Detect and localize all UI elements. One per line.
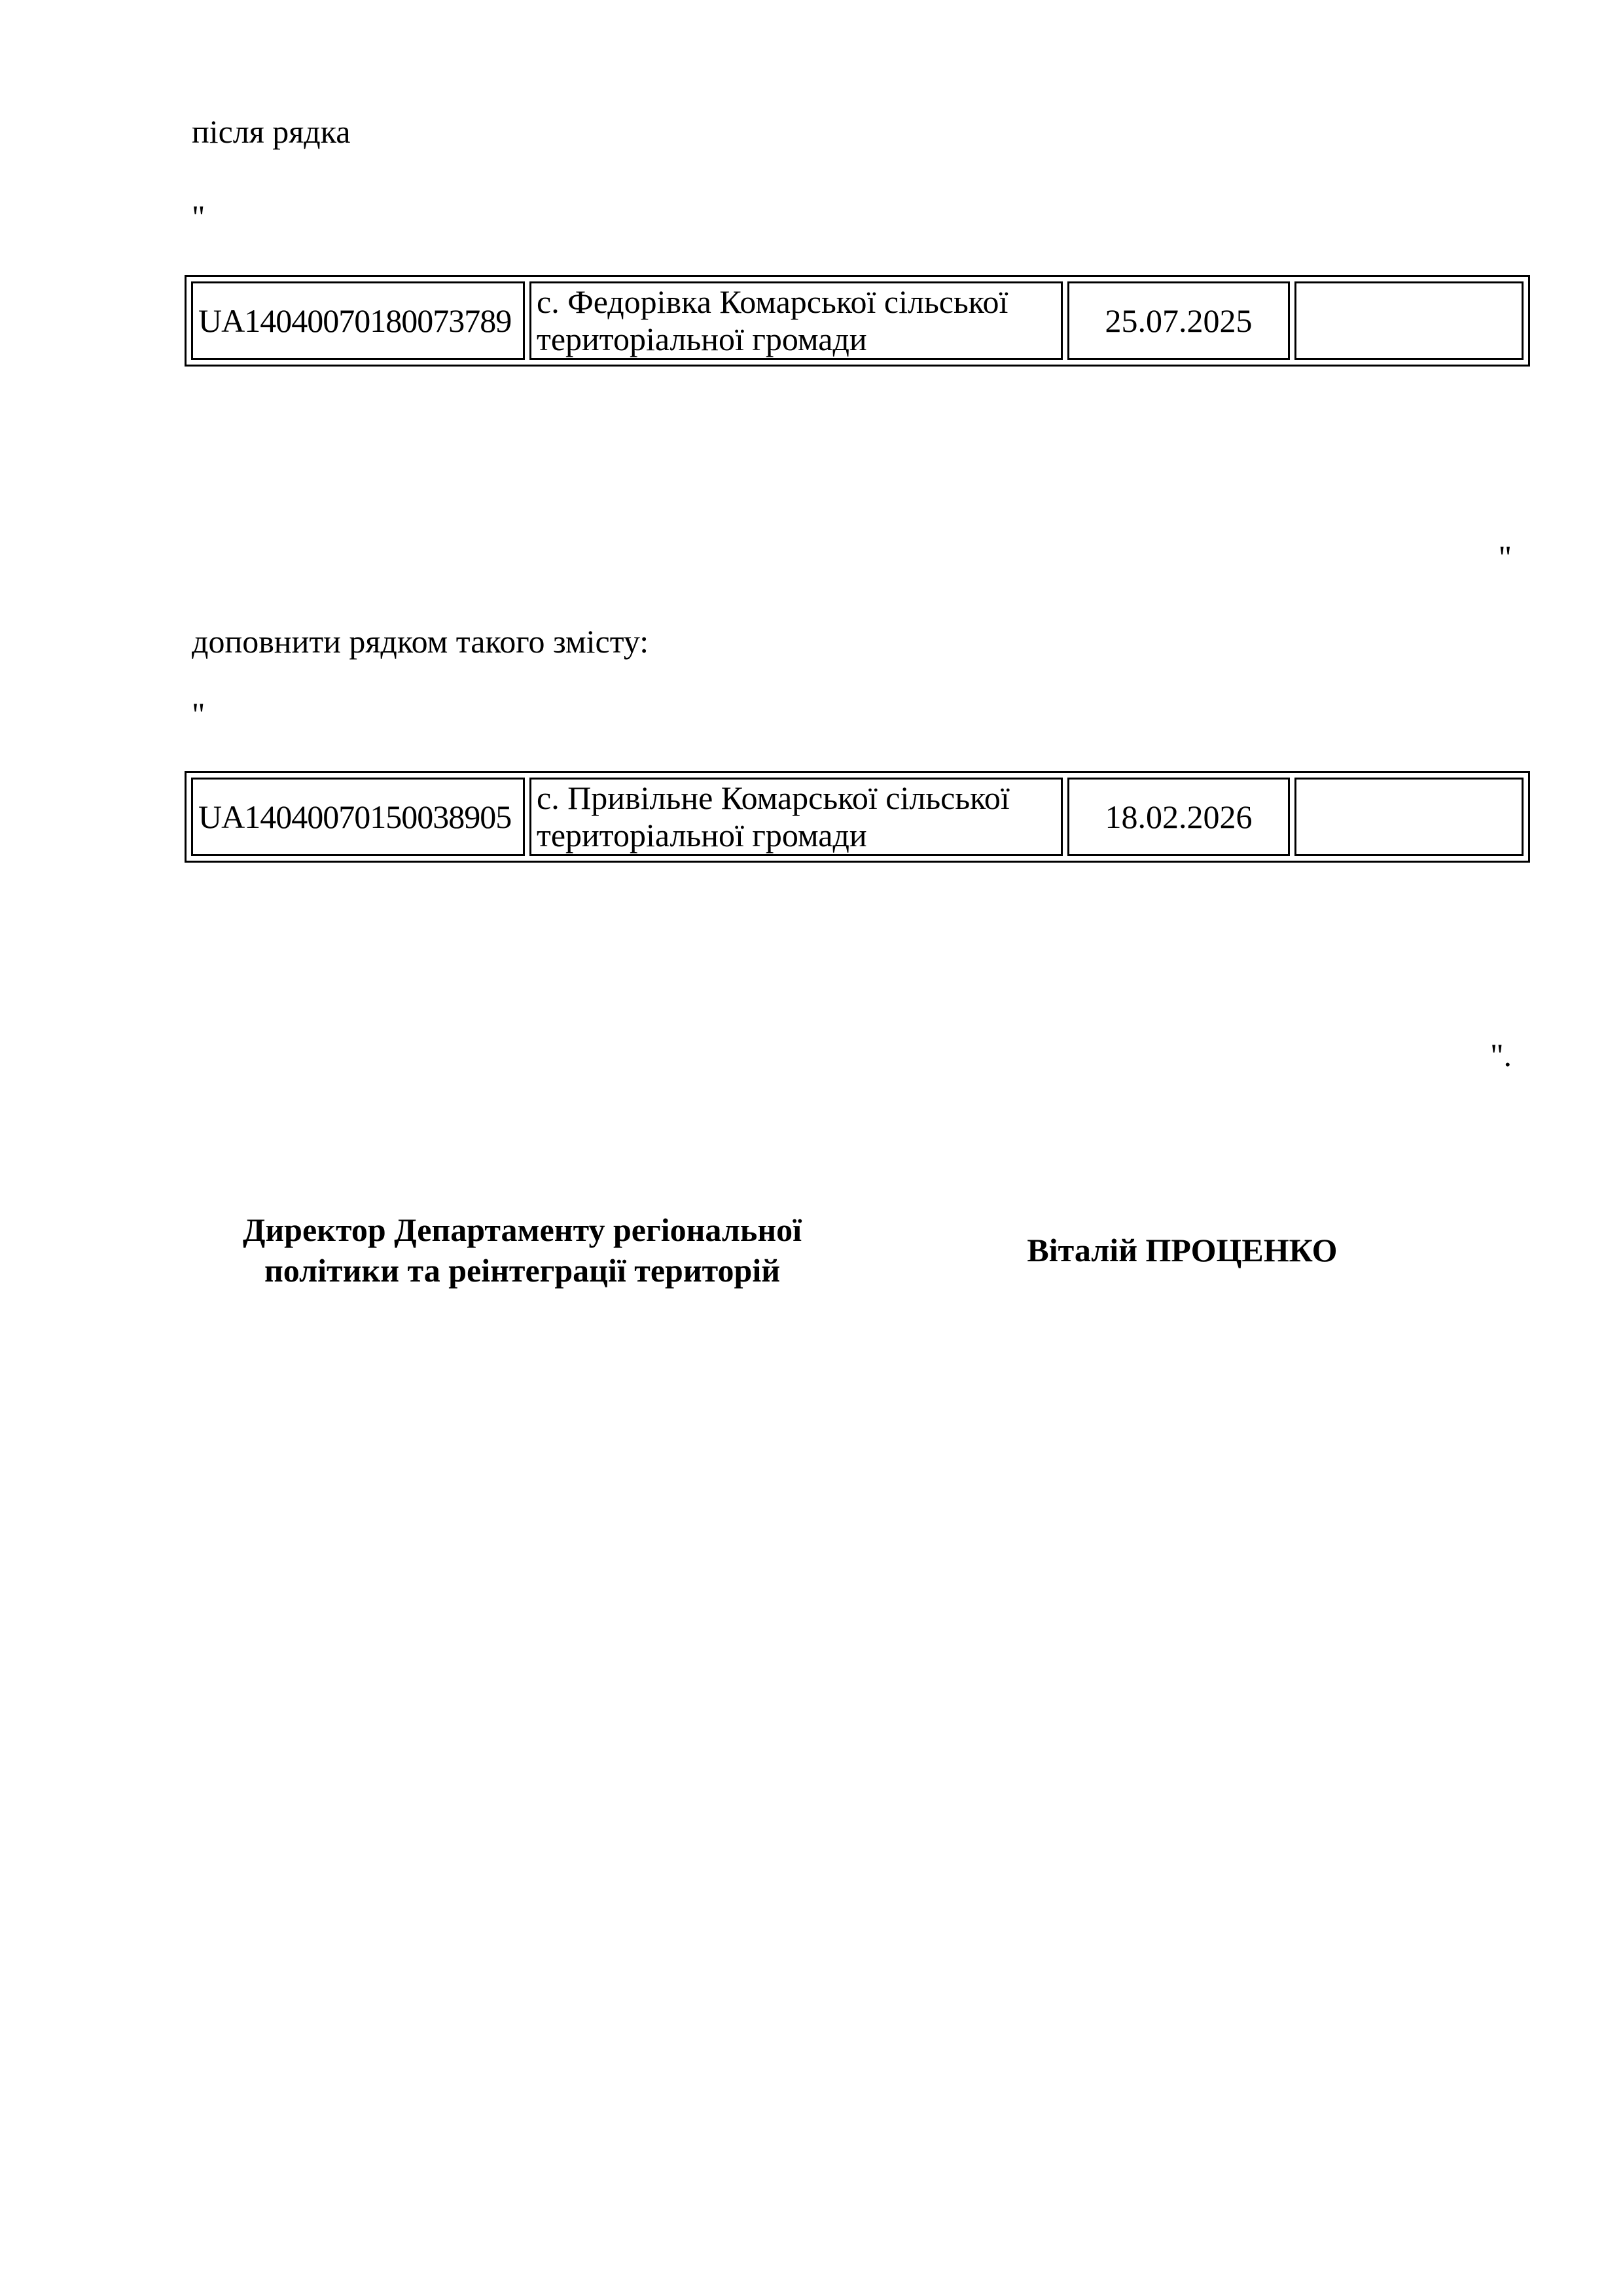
table-row: UA14040070180073789 с. Федорівка Комарсь… [191, 281, 1524, 360]
settlement-name-cell: с. Федорівка Комарської сільської терито… [529, 281, 1063, 360]
settlement-code-cell: UA14040070180073789 [191, 281, 525, 360]
after-row-label: після рядка [192, 111, 350, 152]
empty-note-cell [1294, 281, 1524, 360]
table-new-row: UA14040070150038905 с. Привільне Комарсь… [185, 771, 1530, 863]
closing-quote-1: " [192, 537, 1512, 577]
signature-block: Директор Департаменту регіональної політ… [192, 1210, 1512, 1291]
signature-position-title: Директор Департаменту регіональної політ… [192, 1210, 853, 1291]
table-row: UA14040070150038905 с. Привільне Комарсь… [191, 778, 1524, 856]
document-page: після рядка " UA14040070180073789 с. Фед… [0, 0, 1623, 2296]
empty-note-cell [1294, 778, 1524, 856]
opening-quote-1: " [192, 196, 205, 237]
opening-quote-2: " [192, 694, 205, 734]
date-cell: 18.02.2026 [1067, 778, 1290, 856]
table-existing-row: UA14040070180073789 с. Федорівка Комарсь… [185, 275, 1530, 367]
settlement-name-cell: с. Привільне Комарської сільської терито… [529, 778, 1063, 856]
settlement-code-cell: UA14040070150038905 [191, 778, 525, 856]
closing-quote-2: ". [192, 1035, 1512, 1075]
date-cell: 25.07.2025 [1067, 281, 1290, 360]
signature-person-name: Віталій ПРОЦЕНКО [853, 1210, 1512, 1291]
append-row-label: доповнити рядком такого змісту: [192, 621, 649, 662]
